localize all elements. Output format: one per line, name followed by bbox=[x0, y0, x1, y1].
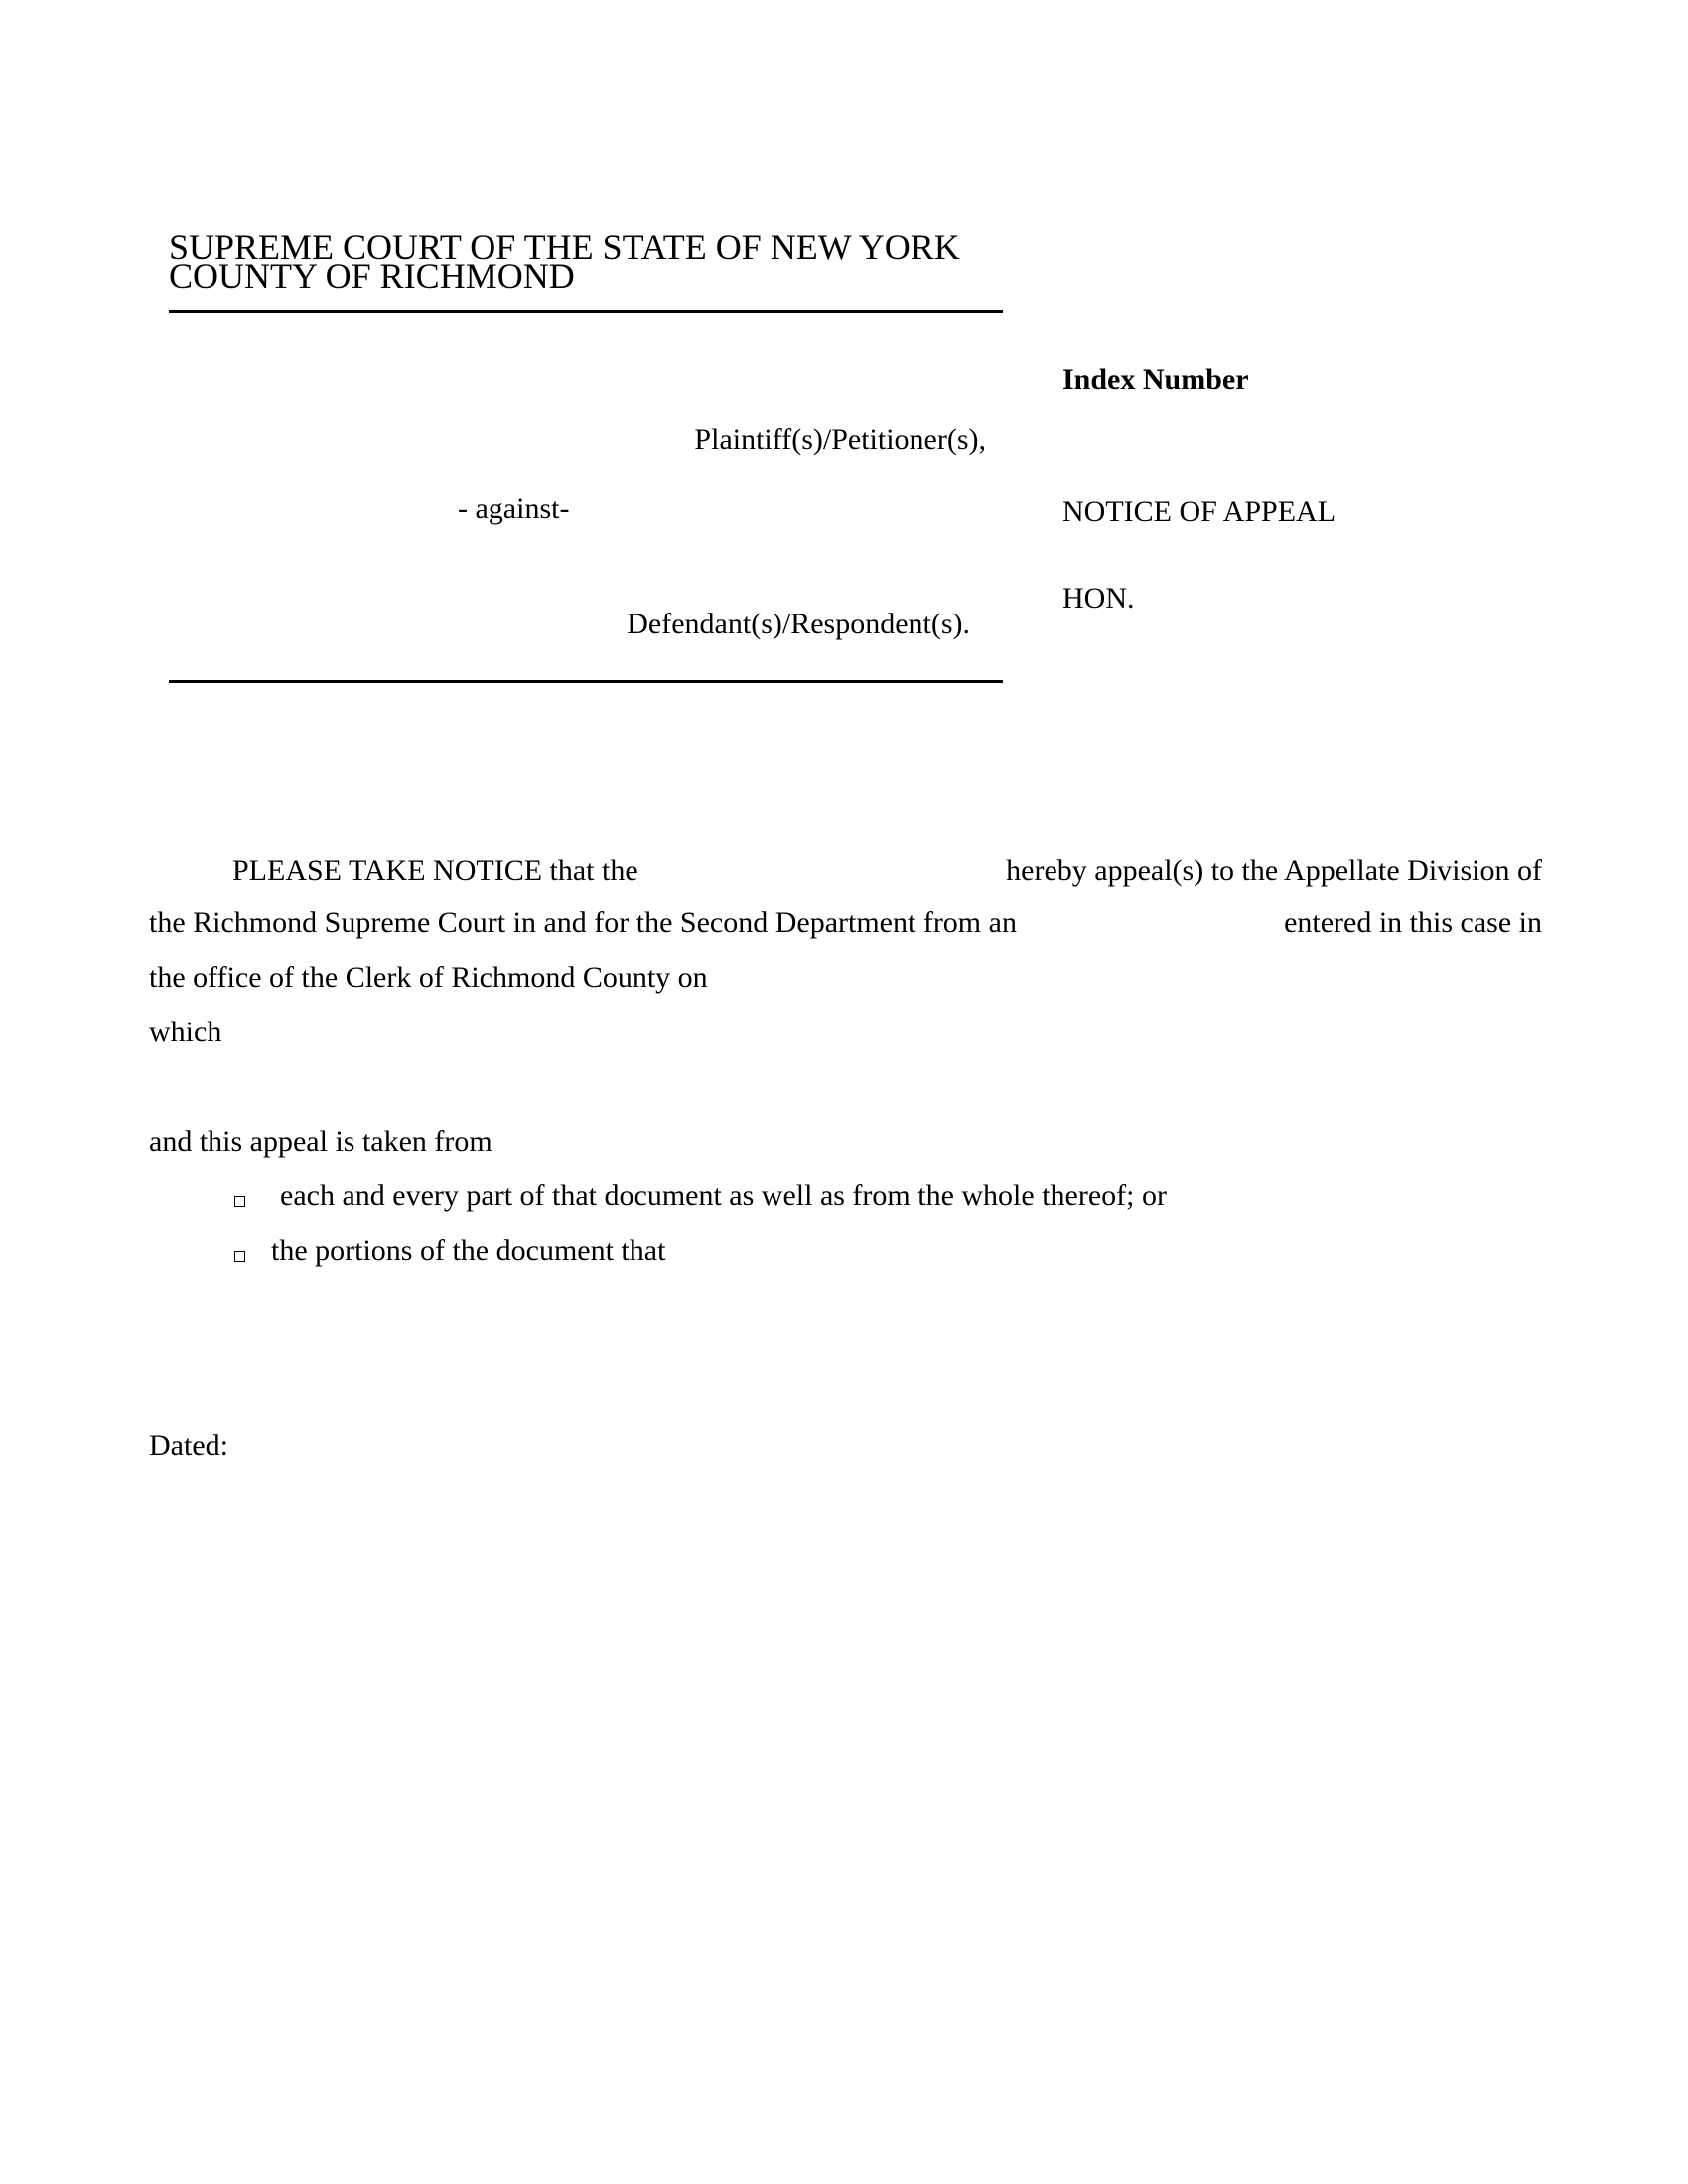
notice-line1-start: PLEASE TAKE NOTICE that the bbox=[232, 856, 638, 886]
index-number-label: Index Number bbox=[1062, 365, 1249, 395]
whole-document-checkbox[interactable] bbox=[234, 1196, 245, 1207]
caption-top-rule bbox=[169, 310, 1003, 313]
notice-line2-end: entered in this case in bbox=[1284, 908, 1542, 938]
dated-label: Dated: bbox=[149, 1432, 228, 1461]
notice-line4: which bbox=[149, 1018, 221, 1047]
notice-line1-end: hereby appeal(s) to the Appellate Divisi… bbox=[1006, 856, 1542, 886]
plaintiff-label: Plaintiff(s)/Petitioner(s), bbox=[694, 425, 986, 455]
appeal-scope-intro: and this appeal is taken from bbox=[149, 1127, 492, 1157]
judge-label: HON. bbox=[1062, 584, 1135, 614]
document-title: NOTICE OF APPEAL bbox=[1062, 497, 1336, 527]
caption-bottom-rule bbox=[169, 680, 1003, 683]
defendant-label: Defendant(s)/Respondent(s). bbox=[627, 610, 970, 639]
whole-document-option-label: each and every part of that document as … bbox=[280, 1181, 1167, 1211]
portions-checkbox[interactable] bbox=[234, 1251, 245, 1262]
portions-option-label: the portions of the document that bbox=[271, 1236, 665, 1266]
notice-line3: the office of the Clerk of Richmond Coun… bbox=[149, 963, 708, 993]
county-name: COUNTY OF RICHMOND bbox=[169, 258, 575, 294]
against-label: - against- bbox=[458, 494, 569, 524]
notice-line2-start: the Richmond Supreme Court in and for th… bbox=[149, 908, 1017, 938]
